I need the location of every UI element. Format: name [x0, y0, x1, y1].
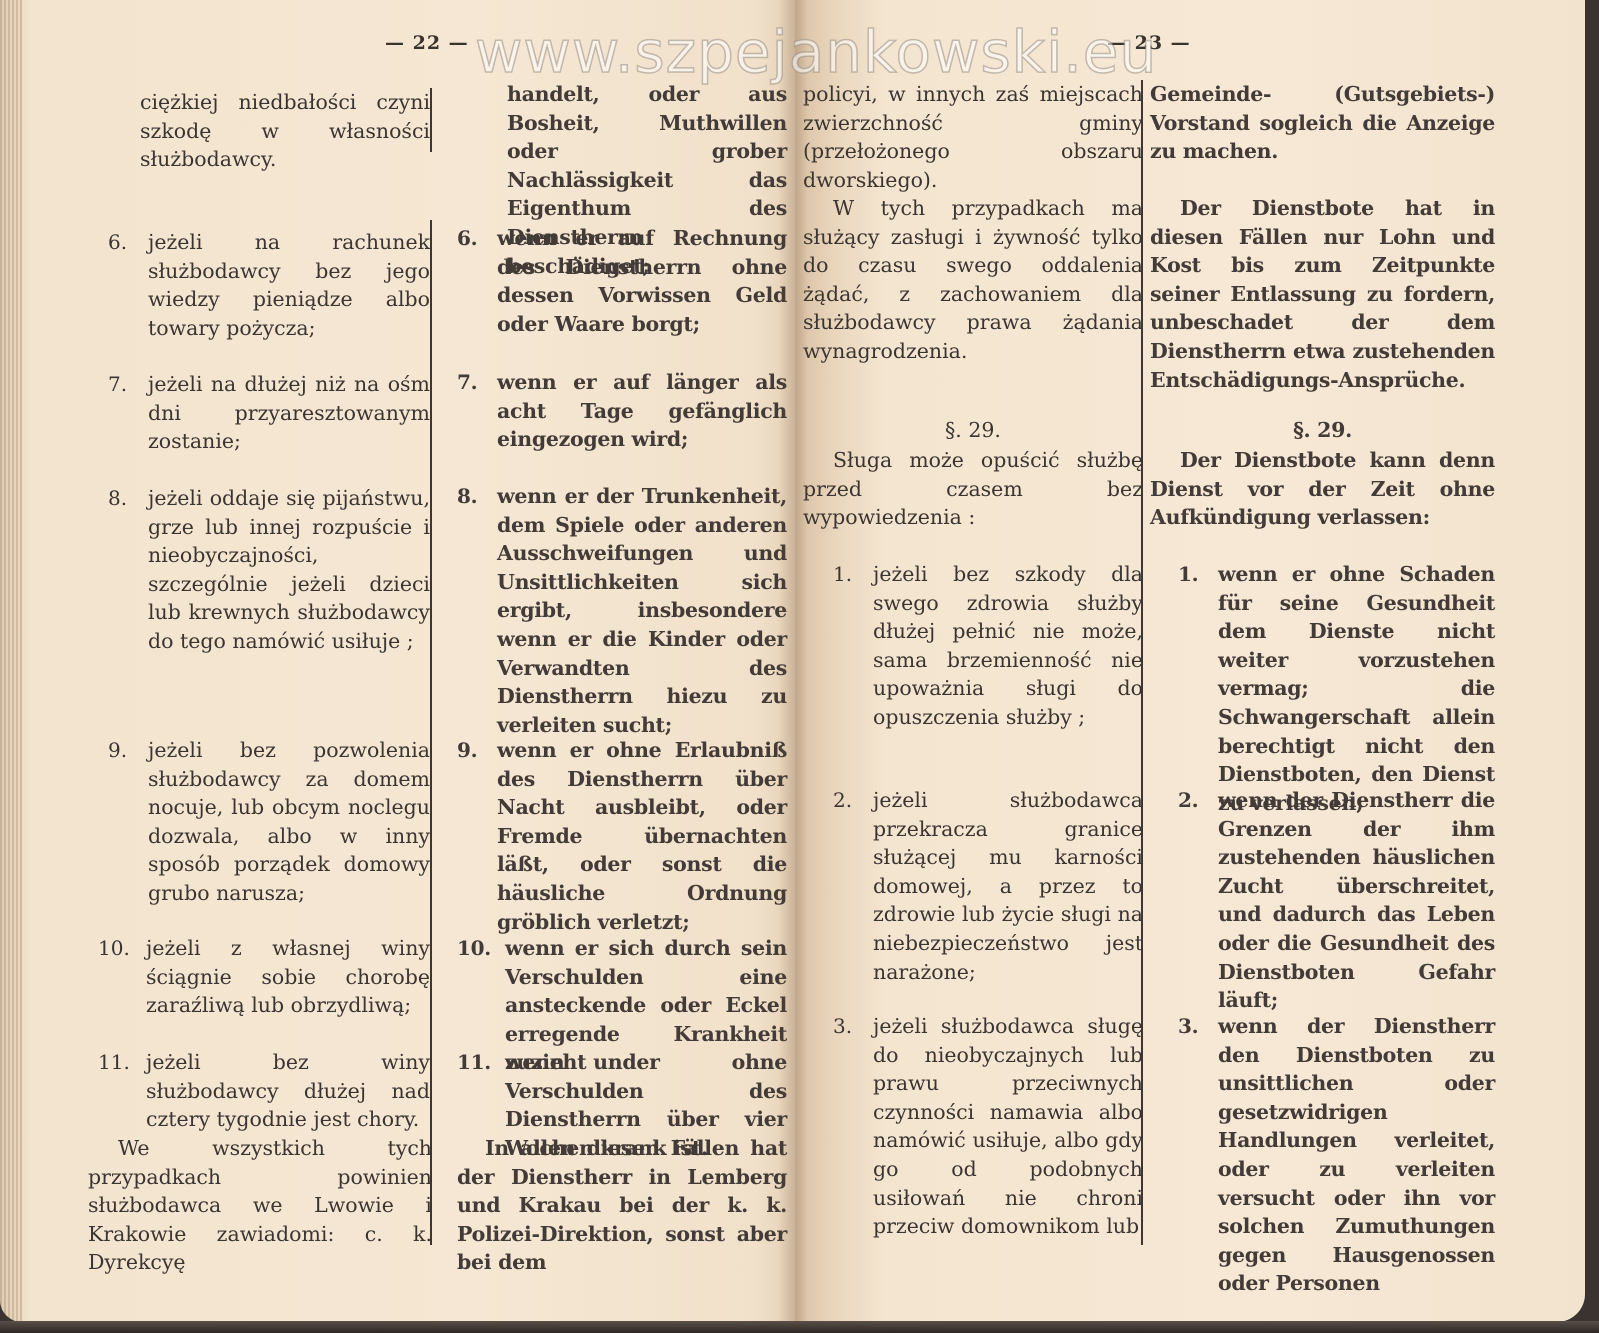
continuation-text: policyi, w innych zaś miejscach zwierzch…	[803, 80, 1143, 194]
item-number: 9.	[108, 736, 148, 908]
item-text: wenn er der Trunkenheit, dem Spiele oder…	[497, 482, 787, 739]
item-number: 7.	[457, 368, 497, 454]
item-text: wenn der Dienstherr die Grenzen der ihm …	[1218, 786, 1495, 1015]
item-number: 3.	[1178, 1012, 1218, 1298]
page-number: — 23 —	[1107, 32, 1191, 54]
item-text: wenn er auf länger als acht Tage gefängl…	[497, 368, 787, 454]
column-divider	[430, 88, 432, 152]
item-number: 7.	[108, 370, 148, 456]
list-item: 6. jeżeli na rachunek służbodawcy bez je…	[108, 228, 430, 342]
item-text: jeżeli bez szkody dla swego zdrowia służ…	[873, 560, 1143, 732]
item-number: 2.	[1178, 786, 1218, 1015]
continuation-text: ciężkiej niedbałości czyni szkodę w włas…	[140, 88, 430, 174]
item-number: 11.	[98, 1048, 146, 1134]
page-23: — 23 — policyi, w innych zaś miejscach z…	[795, 0, 1585, 1322]
item-text: jeżeli służbodawca sługę do nieobyczajny…	[873, 1012, 1143, 1241]
list-item: 1. jeżeli bez szkody dla swego zdrowia s…	[833, 560, 1143, 732]
item-text: jeżeli na dłużej niż na ośm dni przyares…	[148, 370, 430, 456]
item-number: 9.	[457, 736, 497, 936]
list-item: 9. wenn er ohne Erlaubniß des Dienstherr…	[457, 736, 787, 936]
list-item: 9. jeżeli bez pozwolenia służbodawcy za …	[108, 736, 430, 908]
paragraph: W tych przypadkach ma służący zasługi i …	[803, 194, 1143, 366]
section-intro: Der Dienstbote kann denn Dienst vor der …	[1150, 446, 1495, 532]
book-spread: — 22 — ciężkiej niedbałości czyni szkodę…	[0, 0, 1599, 1322]
item-number: 1.	[1178, 560, 1218, 817]
paragraph: Der Dienstbote hat in diesen Fällen nur …	[1150, 194, 1495, 394]
list-item: 8. wenn er der Trunkenheit, dem Spiele o…	[457, 482, 787, 739]
column-divider	[430, 220, 432, 1245]
item-number: 8.	[457, 482, 497, 739]
list-item: 6. wenn er auf Rechnung des Dienstherrn …	[457, 224, 787, 338]
section-heading: §. 29.	[803, 416, 1143, 445]
closing-paragraph: We wszystkich tych przypadkach powinien …	[88, 1134, 432, 1277]
item-text: wenn er auf Rechnung des Dienstherrn ohn…	[497, 224, 787, 338]
item-number: 6.	[108, 228, 148, 342]
item-text: jeżeli z własnej winy ściągnie sobie cho…	[146, 934, 430, 1020]
section-intro: Sługa może opuścić służbę przed czasem b…	[803, 446, 1143, 532]
list-item: 10. jeżeli z własnej winy ściągnie sobie…	[98, 934, 430, 1020]
gutter-shadow	[778, 0, 808, 1322]
list-item: 3. wenn der Dienstherr den Dienstboten z…	[1178, 1012, 1495, 1298]
page-22: — 22 — ciężkiej niedbałości czyni szkodę…	[0, 0, 795, 1322]
item-text: wenn der Dienstherr den Dienstboten zu u…	[1218, 1012, 1495, 1298]
item-number: 1.	[833, 560, 873, 732]
list-item: 8. jeżeli oddaje się pijaństwu, grze lub…	[108, 484, 430, 656]
list-item: 7. wenn er auf länger als acht Tage gefä…	[457, 368, 787, 454]
item-text: jeżeli na rachunek służbodawcy bez jego …	[148, 228, 430, 342]
item-text: jeżeli oddaje się pijaństwu, grze lub in…	[148, 484, 430, 656]
item-text: wenn er ohne Erlaubniß des Dienstherrn ü…	[497, 736, 787, 936]
list-item: 7. jeżeli na dłużej niż na ośm dni przya…	[108, 370, 430, 456]
item-number: 10.	[98, 934, 146, 1020]
list-item: 1. wenn er ohne Schaden für seine Gesund…	[1178, 560, 1495, 817]
item-text: jeżeli służbodawca przekracza granice sł…	[873, 786, 1143, 986]
item-number: 6.	[457, 224, 497, 338]
list-item: 2. jeżeli służbodawca przekracza granice…	[833, 786, 1143, 986]
item-number: 8.	[108, 484, 148, 656]
table-surface	[0, 1321, 1599, 1333]
list-item: 11. jeżeli bez winy służbodawcy dłużej n…	[98, 1048, 430, 1134]
list-item: 3. jeżeli służbodawca sługę do nieobycza…	[833, 1012, 1143, 1241]
item-text: wenn er ohne Schaden für seine Gesundhei…	[1218, 560, 1495, 817]
closing-paragraph: In allen diesen Fällen hat der Diensther…	[457, 1134, 787, 1277]
item-number: 3.	[833, 1012, 873, 1241]
item-text: jeżeli bez winy służbodawcy dłużej nad c…	[146, 1048, 430, 1134]
list-item: 2. wenn der Dienstherr die Grenzen der i…	[1178, 786, 1495, 1015]
section-heading: §. 29.	[1150, 416, 1495, 445]
continuation-text: Gemeinde- (Gutsgebiets-) Vorstand soglei…	[1150, 80, 1495, 166]
item-text: jeżeli bez pozwolenia służbodawcy za dom…	[148, 736, 430, 908]
item-number: 2.	[833, 786, 873, 986]
page-edges	[0, 0, 22, 1322]
page-number: — 22 —	[385, 32, 469, 54]
